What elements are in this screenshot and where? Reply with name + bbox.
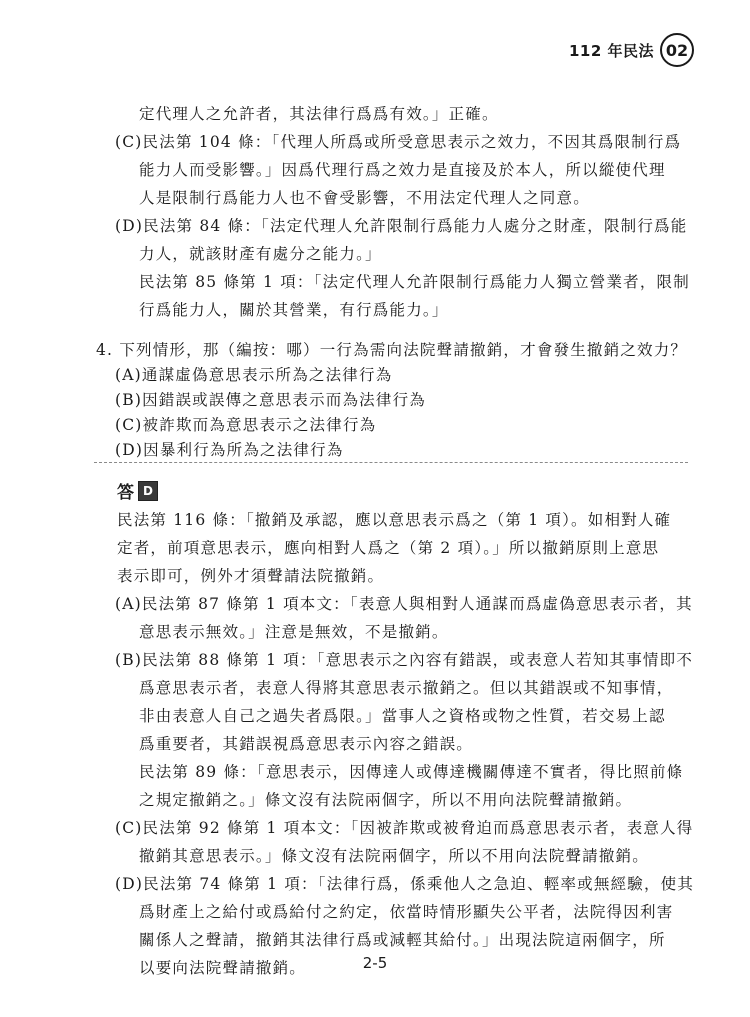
page-number: 2-5 (0, 954, 750, 972)
text-line: 意思表示無效。」注意是無效，不是撤銷。 (139, 622, 449, 642)
question-option-c: (C)被詐欺而為意思表示之法律行為 (115, 415, 376, 435)
text-line: 爲重要者，其錯誤視爲意思表示內容之錯誤。 (139, 734, 473, 754)
answer-badge: D (138, 481, 158, 501)
text-line: 力人，就該財產有處分之能力。」 (139, 244, 382, 264)
text-line: (A)民法第 87 條第 1 項本文：「表意人與相對人通謀而爲虛偽意思表示者，其 (115, 594, 693, 614)
text-line: 非由表意人自己之過失者爲限。」當事人之資格或物之性質，若交易上認 (139, 706, 666, 726)
text-line: 定者，前項意思表示，應向相對人爲之（第 2 項）。」所以撤銷原則上意思 (117, 538, 659, 558)
text-line: (B)民法第 88 條第 1 項：「意思表示之內容有錯誤，或表意人若知其事情即不 (115, 650, 693, 670)
text-line: 爲財產上之給付或爲給付之約定，依當時情形顯失公平者，法院得因利害 (139, 902, 673, 922)
text-line: 之規定撤銷之。」條文沒有法院兩個字，所以不用向法院聲請撤銷。 (139, 790, 632, 810)
header-title: 112 年民法 (569, 40, 654, 61)
answer-marker: 答 D (117, 478, 158, 503)
text-line: (C)民法第 104 條：「代理人所爲或所受意思表示之效力，不因其爲限制行爲 (115, 132, 681, 152)
text-line: 撤銷其意思表示。」條文沒有法院兩個字，所以不用向法院聲請撤銷。 (139, 846, 649, 866)
text-line: 關係人之聲請，撤銷其法律行爲或減輕其給付。」出現法院這兩個字，所 (139, 930, 666, 950)
dashed-divider (94, 462, 688, 463)
text-line: 民法第 116 條：「撤銷及承認，應以意思表示爲之（第 1 項）。如相對人確 (117, 510, 671, 530)
text-line: (D)民法第 74 條第 1 項：「法律行爲，係乘他人之急迫、輕率或無經驗，使其 (115, 874, 694, 894)
text-line: 定代理人之允許者，其法律行爲爲有效。」正確。 (139, 104, 499, 124)
text-line: (D)民法第 84 條：「法定代理人允許限制行爲能力人處分之財產，限制行爲能 (115, 216, 687, 236)
question-option-a: (A)通謀虛偽意思表示所為之法律行為 (115, 365, 392, 385)
answer-label: 答 (117, 478, 134, 503)
text-line: 民法第 89 條：「意思表示，因傳達人或傳達機關傳達不實者，得比照前條 (139, 762, 683, 782)
text-line: 能力人而受影響。」因爲代理行爲之效力是直接及於本人，所以縱使代理 (139, 160, 666, 180)
text-line: 行爲能力人，關於其營業，有行爲能力。」 (139, 300, 449, 320)
question-option-d: (D)因暴利行為所為之法律行為 (115, 440, 344, 460)
page-header: 112 年民法 02 (569, 33, 694, 67)
question-stem: 4. 下列情形，那（編按：哪）一行為需向法院聲請撤銷，才會發生撤銷之效力？ (96, 340, 687, 360)
text-line: 人是限制行爲能力人也不會受影響，不用法定代理人之同意。 (139, 188, 590, 208)
question-option-b: (B)因錯誤或誤傳之意思表示而為法律行為 (115, 390, 426, 410)
chapter-badge: 02 (660, 33, 694, 67)
text-line: 民法第 85 條第 1 項：「法定代理人允許限制行爲能力人獨立營業者，限制 (139, 272, 690, 292)
text-line: 爲意思表示者，表意人得將其意思表示撤銷之。但以其錯誤或不知事情， (139, 678, 673, 698)
text-line: (C)民法第 92 條第 1 項本文：「因被詐欺或被脅迫而爲意思表示者，表意人得 (115, 818, 694, 838)
text-line: 表示即可，例外才須聲請法院撤銷。 (117, 566, 384, 586)
